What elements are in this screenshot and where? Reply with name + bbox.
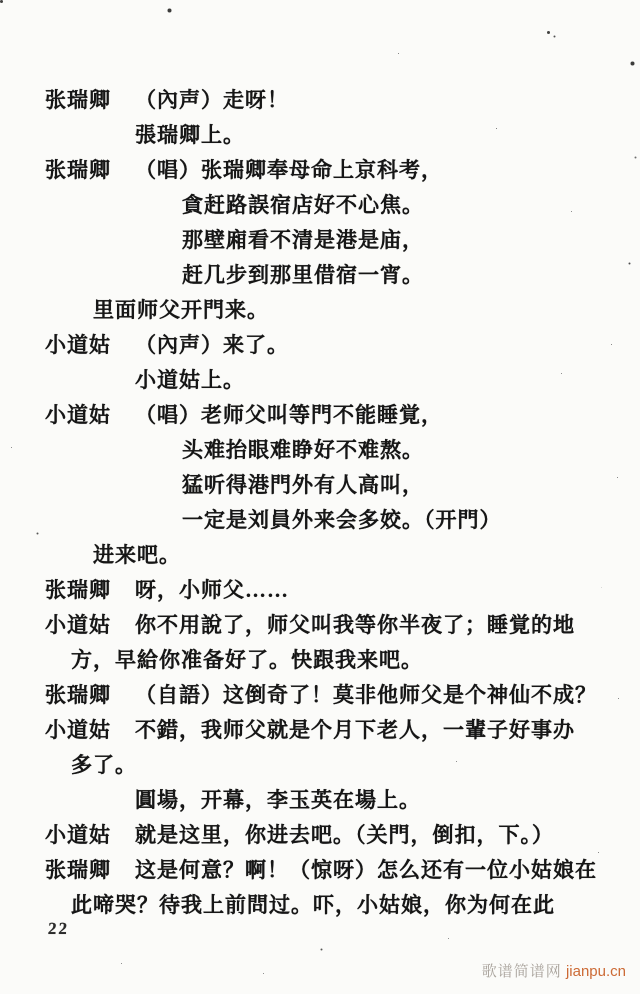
- speaker-name: 小道姑: [45, 329, 135, 359]
- line-text: （自語）这倒奇了！莫非他师父是个神仙不成？: [135, 679, 597, 709]
- watermark-site-name: 歌谱简谱网: [482, 963, 562, 980]
- script-line: 张瑞卿这是何意？啊！（惊呀）怎么还有一位小姑娘在: [45, 854, 632, 889]
- line-text: （唱）老师父叫等門不能睡覚，: [135, 399, 443, 429]
- stage-direction-line: 圓場，开幕，李玉英在場上。: [45, 784, 632, 819]
- script-line: 那壁廂看不清是港是庙，: [45, 224, 632, 259]
- line-text: 一定是刘員外来会多姣。（开門）: [182, 504, 502, 534]
- line-text: 赶几步到那里借宿一宵。: [182, 259, 424, 289]
- line-text: 呀，小师父……: [135, 574, 289, 604]
- watermark-url: jianpu.cn: [566, 963, 626, 980]
- line-text: 多了。: [71, 749, 137, 779]
- line-text: 进来吧。: [93, 539, 181, 569]
- line-text: 猛听得港門外有人高叫，: [182, 469, 424, 499]
- page-number: 22: [47, 919, 69, 939]
- script-line: 方，早給你准备好了。快跟我来吧。: [45, 644, 632, 679]
- line-text: （內声）来了。: [135, 329, 289, 359]
- line-text: 方，早給你准备好了。快跟我来吧。: [71, 644, 423, 674]
- speaker-name: 张瑞卿: [45, 679, 135, 709]
- script-line: 张瑞卿（唱）张瑞卿奉母命上京科考，: [45, 154, 632, 189]
- script-line: 小道姑不錯，我师父就是个月下老人，一輩子好事办: [45, 714, 632, 749]
- scan-speckle-noise: [0, 0, 3, 3]
- line-text: 头难抬眼难睁好不难熬。: [182, 434, 424, 464]
- stage-direction-line: 張瑞卿上。: [45, 119, 632, 154]
- speaker-name: 张瑞卿: [45, 154, 135, 184]
- speaker-name: 小道姑: [45, 714, 135, 744]
- speaker-name: 张瑞卿: [45, 854, 135, 884]
- line-text: 就是这里，你进去吧。（关門，倒扣，下。）: [135, 819, 554, 849]
- script-text-block: 张瑞卿（內声）走呀！張瑞卿上。张瑞卿（唱）张瑞卿奉母命上京科考，貪赶路誤宿店好不…: [45, 84, 632, 924]
- script-line: 小道姑（內声）来了。: [45, 329, 632, 364]
- line-text: 这是何意？啊！（惊呀）怎么还有一位小姑娘在: [135, 854, 597, 884]
- stage-direction-line: 小道姑上。: [45, 364, 632, 399]
- watermark: 歌谱简谱网 jianpu.cn: [482, 960, 626, 981]
- line-text: 小道姑上。: [135, 364, 245, 394]
- script-line: 多了。: [45, 749, 632, 784]
- line-text: 張瑞卿上。: [135, 119, 245, 149]
- script-line: 小道姑就是这里，你进去吧。（关門，倒扣，下。）: [45, 819, 632, 854]
- script-line: 张瑞卿（內声）走呀！: [45, 84, 632, 119]
- line-text: 圓場，开幕，李玉英在場上。: [135, 784, 421, 814]
- script-line: 猛听得港門外有人高叫，: [45, 469, 632, 504]
- script-line: 赶几步到那里借宿一宵。: [45, 259, 632, 294]
- line-text: 貪赶路誤宿店好不心焦。: [182, 189, 424, 219]
- speaker-name: 小道姑: [45, 609, 135, 639]
- script-line: 里面师父开門来。: [45, 294, 632, 329]
- script-line: 张瑞卿呀，小师父……: [45, 574, 632, 609]
- script-line: 小道姑（唱）老师父叫等門不能睡覚，: [45, 399, 632, 434]
- line-text: 那壁廂看不清是港是庙，: [182, 224, 424, 254]
- line-text: 里面师父开門来。: [93, 294, 269, 324]
- script-line: 头难抬眼难睁好不难熬。: [45, 434, 632, 469]
- script-line: 进来吧。: [45, 539, 632, 574]
- speaker-name: 小道姑: [45, 399, 135, 429]
- script-line: 张瑞卿（自語）这倒奇了！莫非他师父是个神仙不成？: [45, 679, 632, 714]
- line-text: （內声）走呀！: [135, 84, 289, 114]
- line-text: （唱）张瑞卿奉母命上京科考，: [135, 154, 443, 184]
- scanned-script-page: 张瑞卿（內声）走呀！張瑞卿上。张瑞卿（唱）张瑞卿奉母命上京科考，貪赶路誤宿店好不…: [0, 0, 640, 994]
- speaker-name: 张瑞卿: [45, 84, 135, 114]
- speaker-name: 张瑞卿: [45, 574, 135, 604]
- line-text: 不錯，我师父就是个月下老人，一輩子好事办: [135, 714, 575, 744]
- script-line: 一定是刘員外来会多姣。（开門）: [45, 504, 632, 539]
- speaker-name: 小道姑: [45, 819, 135, 849]
- script-line: 此啼哭？待我上前問过。吓，小姑娘，你为何在此: [45, 889, 632, 924]
- line-text: 此啼哭？待我上前問过。吓，小姑娘，你为何在此: [71, 889, 555, 919]
- script-line: 小道姑你不用說了，师父叫我等你半夜了；睡覚的地: [45, 609, 632, 644]
- line-text: 你不用說了，师父叫我等你半夜了；睡覚的地: [135, 609, 575, 639]
- script-line: 貪赶路誤宿店好不心焦。: [45, 189, 632, 224]
